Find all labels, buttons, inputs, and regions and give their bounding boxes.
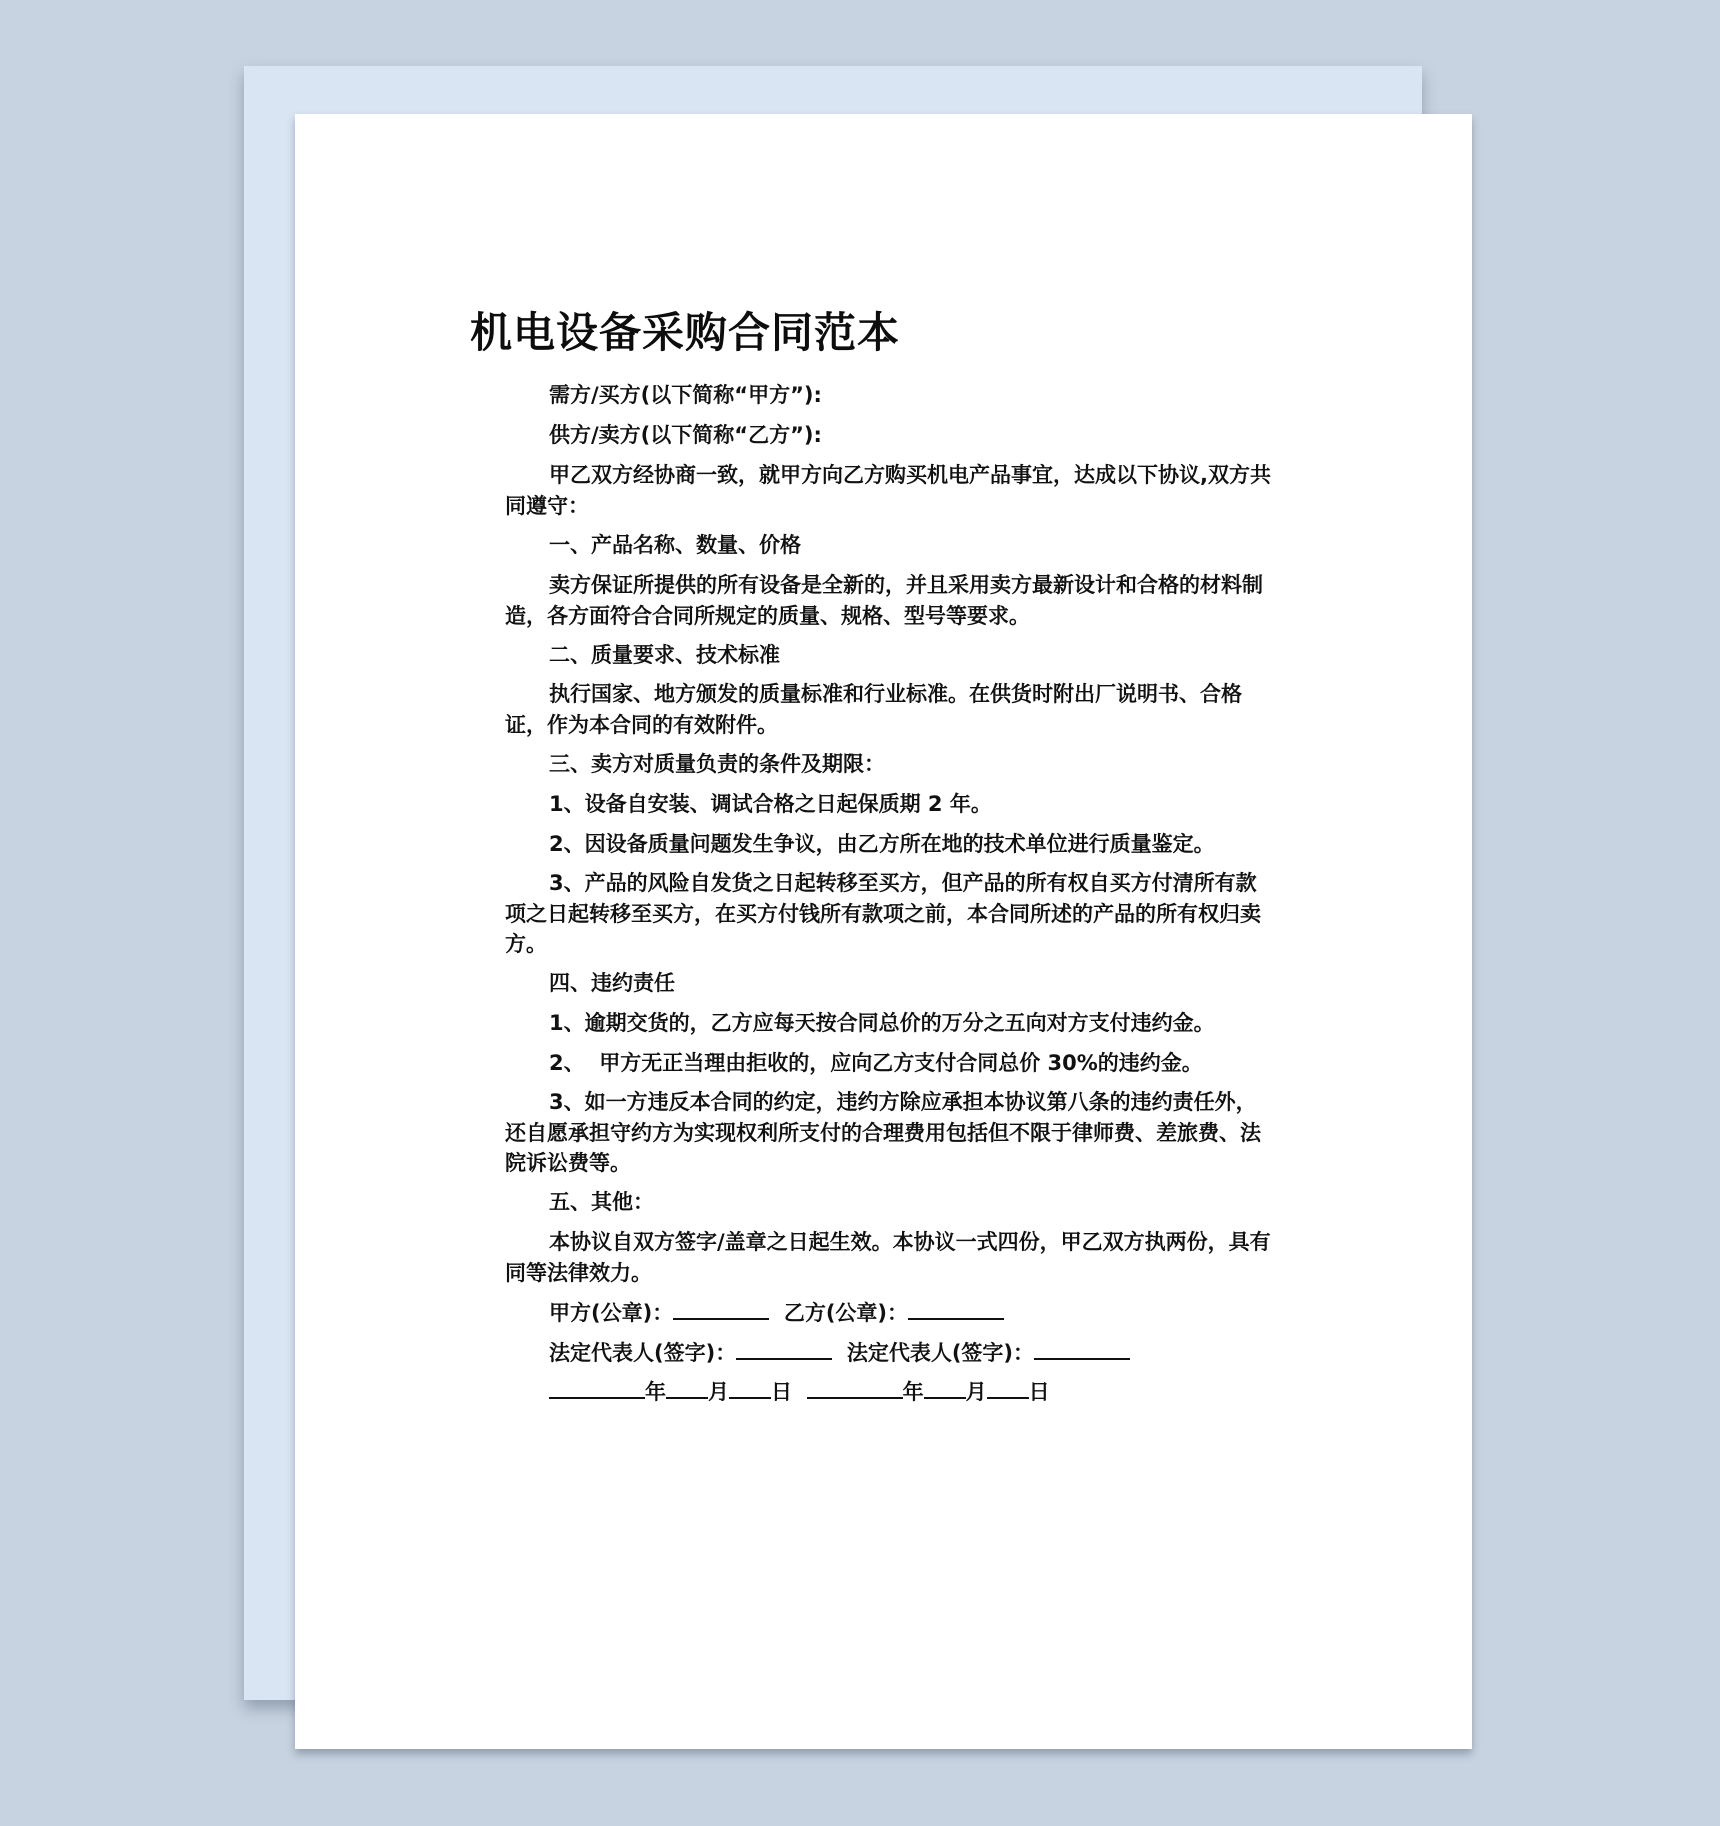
clause-3-1: 1、设备自安装、调试合格之日起保质期 2 年。 — [505, 789, 1275, 820]
representative-line: 法定代表人(签字)： 法定代表人(签字)： — [505, 1338, 1275, 1369]
date-a-year-blank[interactable] — [549, 1377, 645, 1399]
month-label: 月 — [708, 1380, 729, 1404]
rep-b-blank[interactable] — [1034, 1338, 1130, 1360]
date-a-day-blank[interactable] — [729, 1377, 771, 1399]
rep-a-blank[interactable] — [736, 1338, 832, 1360]
party-a-seal-label: 甲方(公章)： — [549, 1301, 673, 1325]
date-a-month-blank[interactable] — [666, 1377, 708, 1399]
date-line: 年月日 年月日 — [505, 1377, 1275, 1408]
party-a-seal-blank[interactable] — [673, 1298, 769, 1320]
clause-4-3: 3、如一方违反本合同的约定，违约方除应承担本协议第八条的违约责任外，还自愿承担守… — [505, 1087, 1275, 1179]
seal-line: 甲方(公章)： 乙方(公章)： — [505, 1298, 1275, 1329]
section-heading-2: 二、质量要求、技术标准 — [505, 640, 1275, 671]
party-b-seal-label: 乙方(公章)： — [784, 1301, 908, 1325]
year-label: 年 — [645, 1380, 666, 1404]
year-label: 年 — [903, 1380, 924, 1404]
clause-3-2: 2、因设备质量问题发生争议，由乙方所在地的技术单位进行质量鉴定。 — [505, 829, 1275, 860]
day-label: 日 — [771, 1380, 792, 1404]
document-page: 机电设备采购合同范本 需方/买方(以下简称“甲方”): 供方/卖方(以下简称“乙… — [295, 114, 1472, 1749]
date-b-day-blank[interactable] — [987, 1377, 1029, 1399]
clause-3-3: 3、产品的风险自发货之日起转移至买方，但产品的所有权自买方付清所有款项之日起转移… — [505, 868, 1275, 960]
rep-a-label: 法定代表人(签字)： — [549, 1341, 736, 1365]
section-heading-3: 三、卖方对质量负责的条件及期限： — [505, 749, 1275, 780]
document-title: 机电设备采购合同范本 — [295, 300, 1075, 360]
paragraph-section-2: 执行国家、地方颁发的质量标准和行业标准。在供货时附出厂说明书、合格证，作为本合同… — [505, 679, 1275, 740]
paragraph-section-1: 卖方保证所提供的所有设备是全新的，并且采用卖方最新设计和合格的材料制造，各方面符… — [505, 570, 1275, 631]
paragraph-seller: 供方/卖方(以下简称“乙方”): — [505, 420, 1275, 451]
date-b-month-blank[interactable] — [924, 1377, 966, 1399]
clause-4-2: 2、 甲方无正当理由拒收的，应向乙方支付合同总价 30%的违约金。 — [505, 1048, 1275, 1079]
section-heading-1: 一、产品名称、数量、价格 — [505, 530, 1275, 561]
party-b-seal-blank[interactable] — [908, 1298, 1004, 1320]
paragraph-intro: 甲乙双方经协商一致，就甲方向乙方购买机电产品事宜，达成以下协议,双方共同遵守： — [505, 460, 1275, 521]
section-heading-4: 四、违约责任 — [505, 968, 1275, 999]
paragraph-buyer: 需方/买方(以下简称“甲方”): — [505, 380, 1275, 411]
section-heading-5: 五、其他： — [505, 1187, 1275, 1218]
month-label: 月 — [966, 1380, 987, 1404]
rep-b-label: 法定代表人(签字)： — [847, 1341, 1034, 1365]
date-b-year-blank[interactable] — [807, 1377, 903, 1399]
day-label: 日 — [1029, 1380, 1050, 1404]
clause-4-1: 1、逾期交货的，乙方应每天按合同总价的万分之五向对方支付违约金。 — [505, 1008, 1275, 1039]
paragraph-section-5: 本协议自双方签字/盖章之日起生效。本协议一式四份，甲乙双方执两份，具有同等法律效… — [505, 1227, 1275, 1288]
